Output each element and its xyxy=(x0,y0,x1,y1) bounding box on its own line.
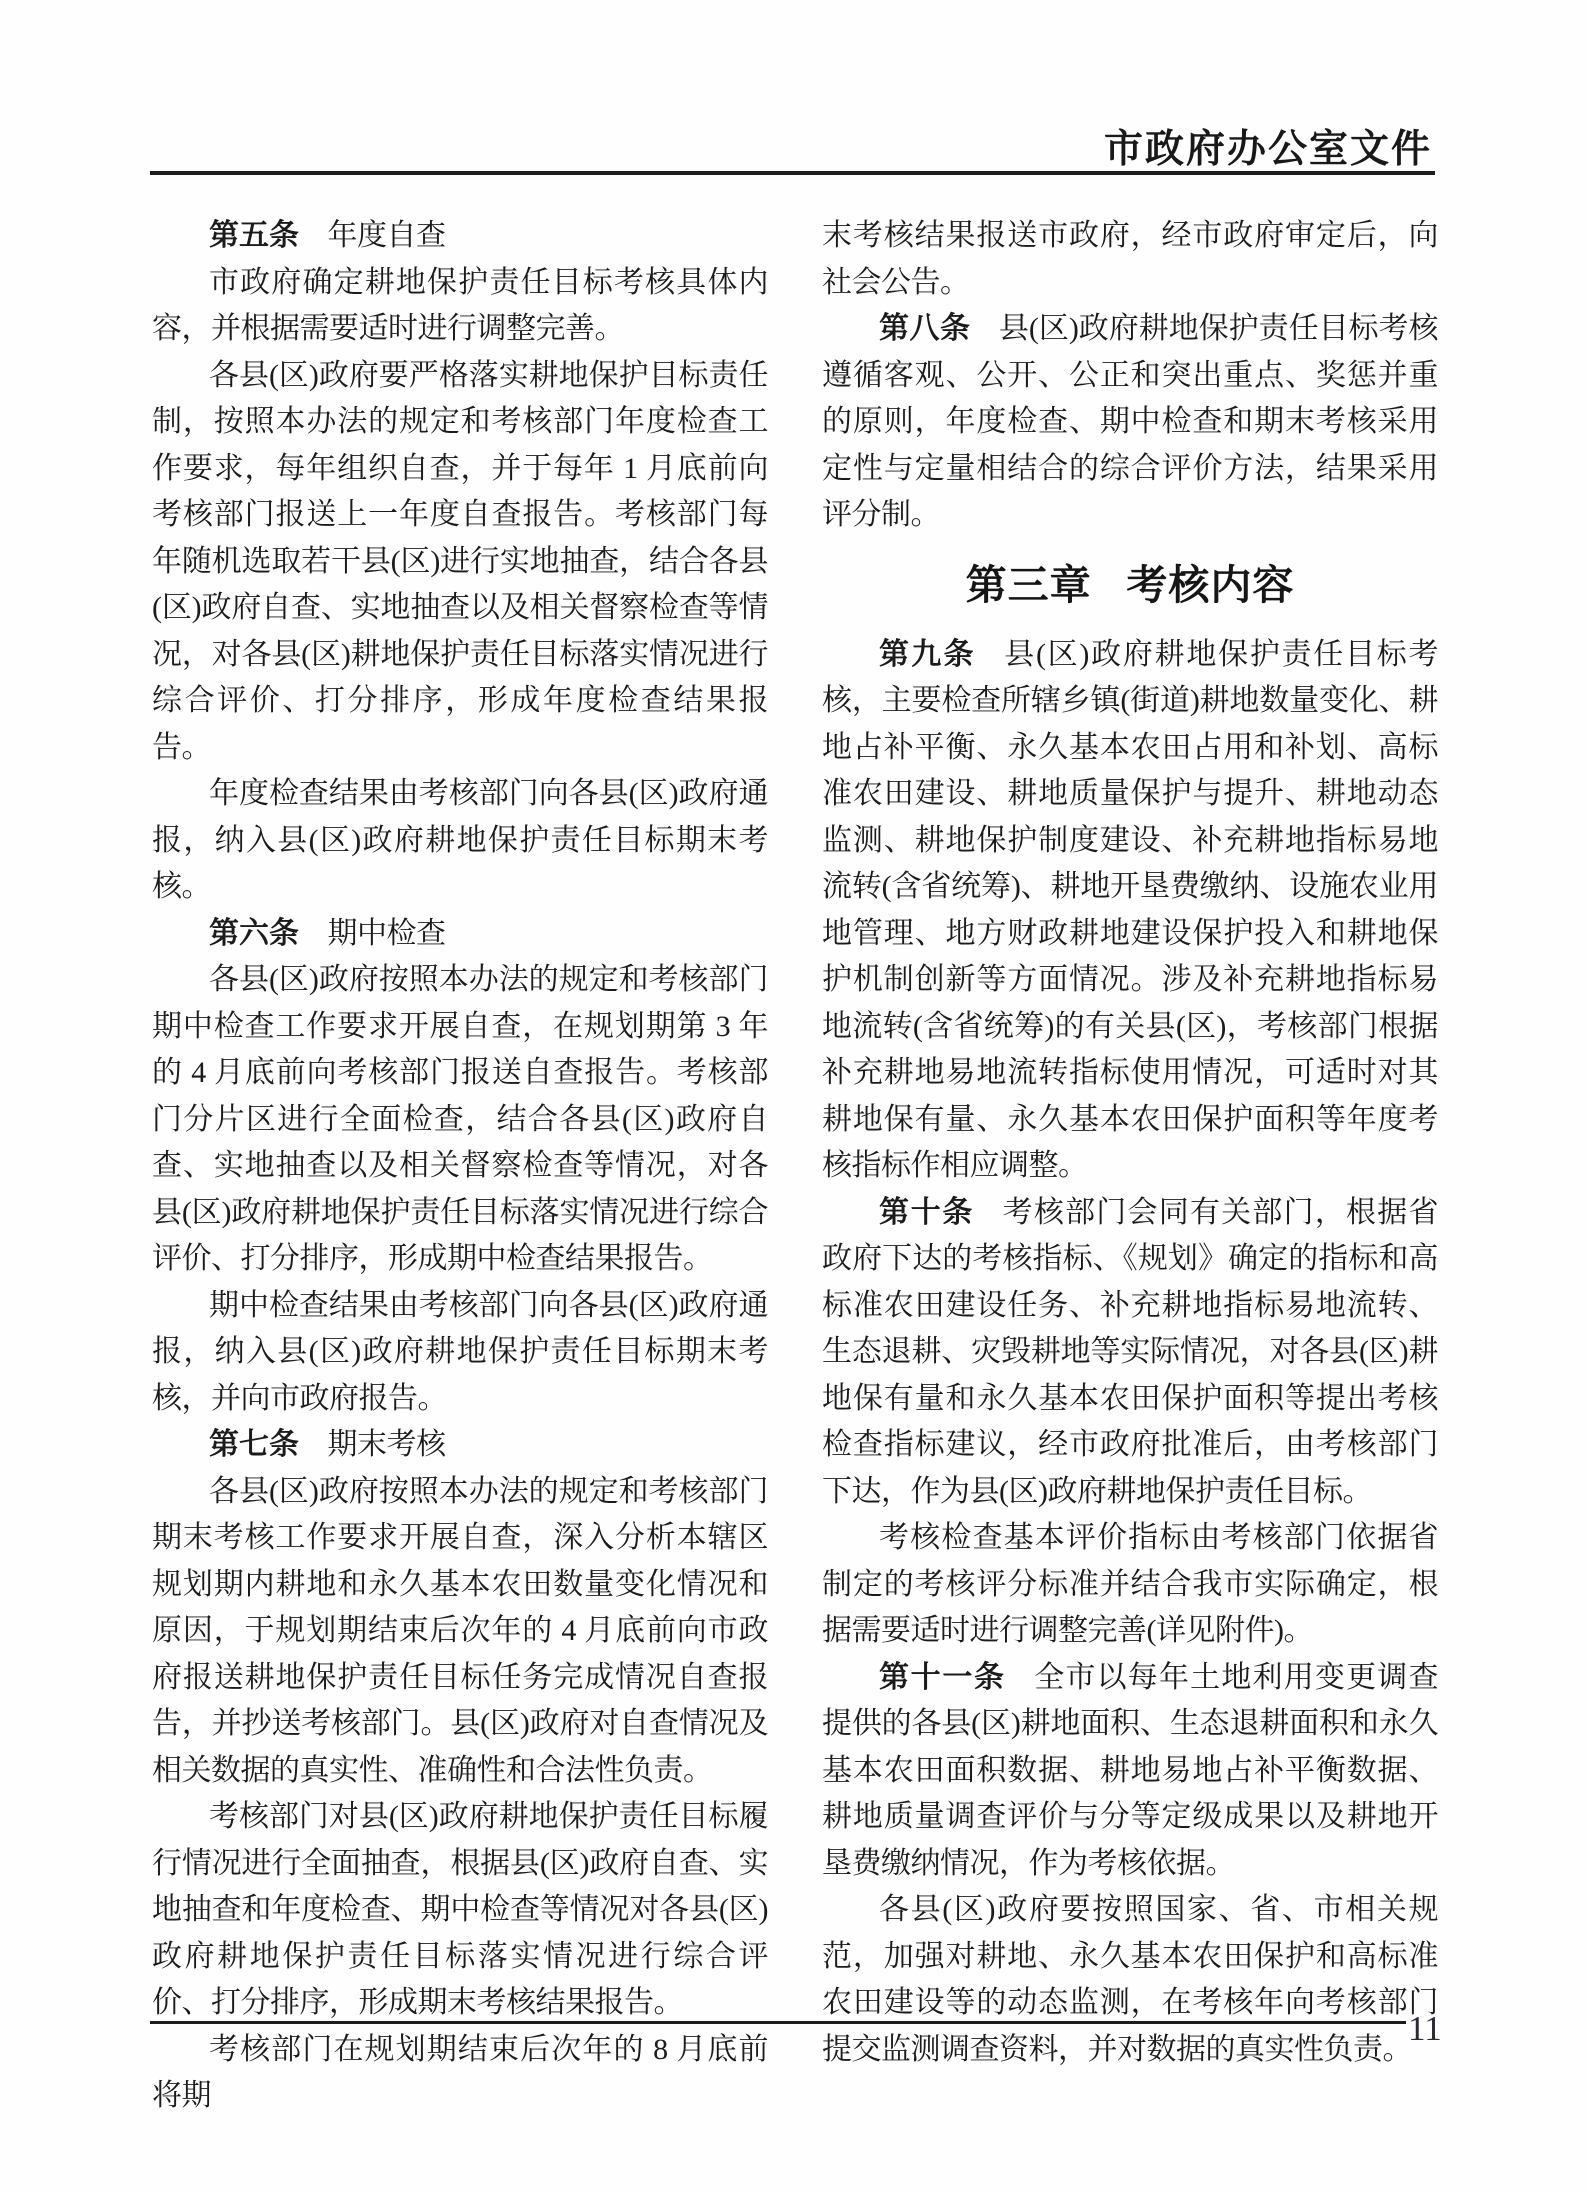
footer-rule xyxy=(150,2021,1406,2024)
paragraph-text: 各县(区)政府要严格落实耕地保护目标责任制，按照本办法的规定和考核部门年度检查工… xyxy=(152,359,768,764)
paragraph-text: 考核检查基本评价指标由考核部门依据省制定的考核评分标准并结合我市实际确定，根据需… xyxy=(822,1521,1438,1647)
right-column: 末考核结果报送市政府，经市政府审定后，向社会公告。 第八条县(区)政府耕地保护责… xyxy=(822,213,1438,2073)
paragraph-text: 各县(区)政府按照本办法的规定和考核部门期末考核工作要求开展自查，深入分析本辖区… xyxy=(152,1475,768,1787)
paragraph: 第十一条全市以每年土地利用变更调查提供的各县(区)耕地面积、生态退耕面积和永久基… xyxy=(822,1655,1438,1888)
article-number: 第八条 xyxy=(879,312,970,345)
paragraph: 期中检查结果由考核部门向各县(区)政府通报，纳入县(区)政府耕地保护责任目标期末… xyxy=(152,1283,768,1423)
paragraph: 第六条期中检查 xyxy=(152,911,768,958)
paragraph: 考核部门在规划期结束后次年的 8 月底前将期 xyxy=(152,2027,768,2120)
left-column: 第五条年度自查 市政府确定耕地保护责任目标考核具体内容，并根据需要适时进行调整完… xyxy=(152,213,768,2120)
article-number: 第九条 xyxy=(879,638,976,671)
paragraph: 第五条年度自查 xyxy=(152,213,768,260)
paragraph: 考核部门对县(区)政府耕地保护责任目标履行情况进行全面抽查，根据县(区)政府自查… xyxy=(152,1794,768,2027)
paragraph-text: 年度自查 xyxy=(328,219,446,252)
page-header-title: 市政府办公室文件 xyxy=(1104,128,1432,172)
paragraph: 各县(区)政府要按照国家、省、市相关规范，加强对耕地、永久基本农田保护和高标准农… xyxy=(822,1887,1438,2073)
paragraph-text: 市政府确定耕地保护责任目标考核具体内容，并根据需要适时进行调整完善。 xyxy=(152,266,768,346)
paragraph: 市政府确定耕地保护责任目标考核具体内容，并根据需要适时进行调整完善。 xyxy=(152,260,768,353)
paragraph: 第八条县(区)政府耕地保护责任目标考核遵循客观、公开、公正和突出重点、奖惩并重的… xyxy=(822,306,1438,539)
paragraph-text: 考核部门在规划期结束后次年的 8 月底前将期 xyxy=(152,2033,768,2113)
paragraph: 第十条考核部门会同有关部门，根据省政府下达的考核指标、《规划》确定的指标和高标准… xyxy=(822,1190,1438,1516)
article-number: 第五条 xyxy=(209,219,299,252)
paragraph-text: 期中检查结果由考核部门向各县(区)政府通报，纳入县(区)政府耕地保护责任目标期末… xyxy=(152,1289,768,1415)
paragraph-text: 期中检查 xyxy=(328,917,446,950)
paragraph-text: 年度检查结果由考核部门向各县(区)政府通报，纳入县(区)政府耕地保护责任目标期末… xyxy=(152,777,768,903)
article-number: 第十条 xyxy=(879,1196,974,1229)
document-page: 市政府办公室文件 第五条年度自查 市政府确定耕地保护责任目标考核具体内容，并根据… xyxy=(0,0,1587,2192)
paragraph-text: 考核部门会同有关部门，根据省政府下达的考核指标、《规划》确定的指标和高标准农田建… xyxy=(822,1196,1438,1508)
paragraph-text: 各县(区)政府按照本办法的规定和考核部门期中检查工作要求开展自查，在规划期第 3… xyxy=(152,963,768,1275)
article-number: 第十一条 xyxy=(879,1661,1006,1694)
paragraph: 年度检查结果由考核部门向各县(区)政府通报，纳入县(区)政府耕地保护责任目标期末… xyxy=(152,771,768,911)
paragraph-text: 期末考核 xyxy=(328,1428,446,1461)
article-number: 第六条 xyxy=(209,917,299,950)
paragraph: 考核检查基本评价指标由考核部门依据省制定的考核评分标准并结合我市实际确定，根据需… xyxy=(822,1515,1438,1655)
paragraph: 各县(区)政府要严格落实耕地保护目标责任制，按照本办法的规定和考核部门年度检查工… xyxy=(152,353,768,772)
article-number: 第七条 xyxy=(209,1428,299,1461)
page-number: 11 xyxy=(1408,2010,1442,2048)
paragraph: 各县(区)政府按照本办法的规定和考核部门期末考核工作要求开展自查，深入分析本辖区… xyxy=(152,1469,768,1795)
chapter-heading: 第三章考核内容 xyxy=(822,560,1438,611)
chapter-title: 考核内容 xyxy=(1126,562,1294,608)
header-rule xyxy=(150,171,1435,175)
paragraph-text: 考核部门对县(区)政府耕地保护责任目标履行情况进行全面抽查，根据县(区)政府自查… xyxy=(152,1800,768,2019)
paragraph: 各县(区)政府按照本办法的规定和考核部门期中检查工作要求开展自查，在规划期第 3… xyxy=(152,957,768,1283)
paragraph: 末考核结果报送市政府，经市政府审定后，向社会公告。 xyxy=(822,213,1438,306)
paragraph-text: 各县(区)政府要按照国家、省、市相关规范，加强对耕地、永久基本农田保护和高标准农… xyxy=(822,1893,1438,2066)
chapter-number: 第三章 xyxy=(966,562,1092,608)
paragraph: 第九条县(区)政府耕地保护责任目标考核，主要检查所辖乡镇(街道)耕地数量变化、耕… xyxy=(822,632,1438,1190)
paragraph: 第七条期末考核 xyxy=(152,1422,768,1469)
paragraph-text: 末考核结果报送市政府，经市政府审定后，向社会公告。 xyxy=(822,219,1438,299)
paragraph-text: 县(区)政府耕地保护责任目标考核，主要检查所辖乡镇(街道)耕地数量变化、耕地占补… xyxy=(822,638,1438,1183)
